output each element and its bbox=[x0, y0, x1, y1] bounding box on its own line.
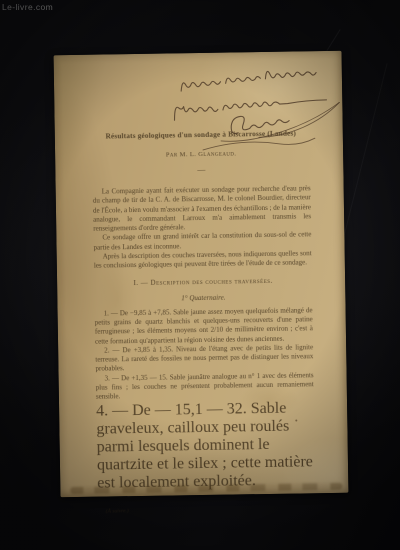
page-title: Résultats géologiques d'un sondage à Bis… bbox=[92, 129, 310, 141]
footer-mark: (À suivre.) bbox=[98, 505, 316, 514]
section-heading: I. — Description des couches traversées. bbox=[94, 276, 312, 287]
intro-section: La Compagnie ayant fait exécuter un sond… bbox=[93, 184, 312, 271]
separator-dash: — bbox=[92, 164, 310, 175]
entry-paragraph: 1. — De −9,85 à +7,85. Sable jaune assez… bbox=[95, 306, 314, 347]
subsection-heading: 1° Quaternaire. bbox=[94, 292, 312, 303]
dedication-line2-script bbox=[174, 97, 328, 120]
byline: Par M. L. Glangeaud. bbox=[92, 149, 310, 159]
intro-paragraph: La Compagnie ayant fait exécuter un sond… bbox=[93, 184, 312, 234]
printed-text-column: Résultats géologiques d'un sondage à Bis… bbox=[92, 129, 316, 514]
intro-paragraph: Après la description des couches travers… bbox=[94, 249, 312, 271]
entry-paragraph: 2. — De +3,85 à 1,35. Niveau de l'étang … bbox=[95, 343, 313, 374]
document-page: Résultats géologiques d'un sondage à Bis… bbox=[54, 51, 349, 497]
entry-paragraph: 4. — De — 15,1 — 32. Sable graveleux, ca… bbox=[96, 399, 315, 492]
site-watermark: Le-livre.com bbox=[2, 2, 53, 12]
entries-section: 1. — De −9,85 à +7,85. Sable jaune assez… bbox=[95, 306, 314, 402]
entry-paragraph: 3. — De +1,35 — 15. Sable jaunâtre analo… bbox=[96, 371, 314, 402]
photo-background: Le-livre.com Résultats géologiques d'un … bbox=[0, 0, 400, 550]
dedication-line1-script bbox=[180, 67, 317, 91]
